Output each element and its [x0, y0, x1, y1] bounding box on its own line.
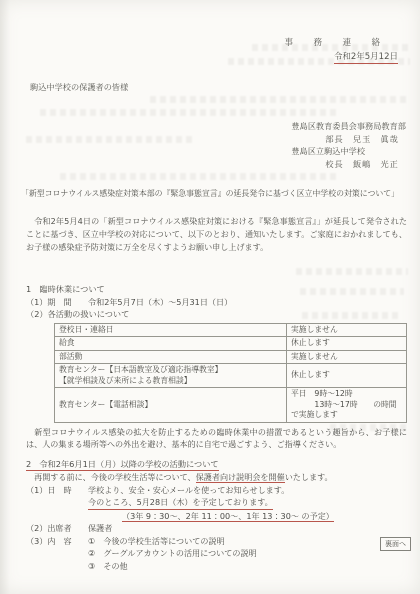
attendee-label: （2）出席者	[26, 522, 88, 535]
sender-school: 豊島区立駒込中学校	[291, 145, 406, 158]
datetime-line3: （3年 9：30～、2年 11：00～、1年 13：30～ の予定）	[122, 511, 334, 522]
meeting-intro-post: いたします。	[285, 472, 333, 482]
bleed-through-text	[40, 109, 340, 116]
section1-heading: 1 臨時休業について	[26, 283, 407, 296]
period-label: （1）期 間	[26, 296, 88, 309]
status-cell: 休止します	[287, 337, 407, 351]
datetime-row: （1）日 時 学校より、安全・安心メールを使ってお知らせします。 今のところ、5…	[26, 484, 407, 523]
table-row: 給食 休止します	[55, 337, 407, 351]
table-row: 登校日・連絡日 実施しません	[55, 323, 407, 337]
content-item: ② グーグルアカウントの活用についての説明	[88, 547, 407, 560]
table-row: 教育センター【電話相談】 平日 9時～12時 13時～17時 の時間で実施します	[55, 388, 407, 423]
content-item: ① 今後の学校生活等についての説明	[88, 535, 407, 548]
status-cell: 休止します	[287, 364, 407, 388]
sender-director: 部長 兒玉 眞哉	[291, 133, 406, 146]
datetime-label: （1）日 時	[26, 484, 88, 523]
period-row: （1）期 間 令和2年5月7日（木）～5月31日（日）	[26, 296, 407, 309]
scanned-notice-page: 事 務 連 絡 令和2年5月12日 駒込中学校の保護者の皆様 豊島区教育委員会事…	[0, 0, 420, 594]
closure-note: 新型コロナウイルス感染の拡大を防止するための臨時休業中の措置であるという趣旨から…	[26, 426, 407, 451]
table-row: 教育センター【日本語教室及び適応指導教室】 【就学相談及び来所による教育相談】 …	[55, 364, 407, 388]
sender-block: 豊島区教育委員会事務局教育部 部長 兒玉 眞哉 豊島区立駒込中学校 校長 飯嶋 …	[291, 120, 406, 170]
doc-title: 「新型コロナウイルス感染症対策本部の『緊急事態宣言』の延長発令に基づく区立中学校…	[0, 188, 420, 199]
item-cell: 部活動	[55, 350, 287, 364]
meeting-intro-underlined: 保護者向け説明会を開催	[196, 472, 285, 483]
datetime-line3-wrap: （3年 9：30～、2年 11：00～、1年 13：30～ の予定）	[88, 510, 407, 523]
bleed-through-text	[296, 268, 408, 275]
document-body: 1 臨時休業について （1）期 間 令和2年5月7日（木）～5月31日（日） （…	[26, 283, 407, 572]
content-label: （3）内 容	[26, 535, 88, 573]
sender-principal: 校長 飯嶋 光正	[291, 158, 406, 171]
attendee-row: （2）出席者 保護者	[26, 522, 407, 535]
bleed-through-text	[150, 96, 408, 103]
status-cell: 実施しません	[287, 350, 407, 364]
meeting-intro-pre: 再開する前に、今後の学校生活等について、	[26, 472, 196, 482]
intro-paragraph: 令和2年5月4日の「新型コロナウイルス感染症対策における『緊急事態宣言』」が延長…	[26, 215, 407, 254]
bleed-through-text	[60, 173, 340, 180]
activities-label: （2）各活動の扱いについて	[26, 308, 407, 321]
bleed-through-text	[26, 136, 194, 143]
item-cell: 給食	[55, 337, 287, 351]
section2-heading: 2 令和2年6月1日（月）以降の学校の活動について	[26, 458, 219, 472]
activities-table: 登校日・連絡日 実施しません 給食 休止します 部活動 実施しません 教育センタ…	[54, 323, 407, 423]
item-cell: 教育センター【日本語教室及び適応指導教室】 【就学相談及び来所による教育相談】	[55, 364, 287, 388]
content-list: ① 今後の学校生活等についての説明 ② グーグルアカウントの活用についての説明 …	[88, 535, 407, 573]
datetime-line1: 学校より、安全・安心メールを使ってお知らせします。	[88, 484, 407, 497]
content-item: ③ その他	[88, 560, 407, 573]
back-page-tag: 裏面へ	[380, 537, 411, 551]
period-value: 令和2年5月7日（木）～5月31日（日）	[88, 296, 407, 309]
attendee-value: 保護者	[88, 522, 407, 535]
table-row: 部活動 実施しません	[55, 350, 407, 364]
datetime-line2: 今のところ、5月28日（木）を予定しております。	[88, 496, 273, 510]
doc-type-label: 事 務 連 絡	[284, 36, 386, 48]
datetime-value: 学校より、安全・安心メールを使ってお知らせします。 今のところ、5月28日（木）…	[88, 484, 407, 523]
item-cell: 登校日・連絡日	[55, 323, 287, 337]
recipient-line: 駒込中学校の保護者の皆様	[30, 82, 128, 93]
content-row: （3）内 容 ① 今後の学校生活等についての説明 ② グーグルアカウントの活用に…	[26, 535, 407, 573]
item-cell: 教育センター【電話相談】	[55, 388, 287, 423]
status-cell: 平日 9時～12時 13時～17時 の時間で実施します	[287, 388, 407, 423]
meeting-intro: 再開する前に、今後の学校生活等について、保護者向け説明会を開催いたします。	[26, 471, 407, 484]
doc-date: 令和2年5月12日	[334, 50, 398, 64]
sender-org: 豊島区教育委員会事務局教育部	[291, 120, 406, 133]
status-cell: 実施しません	[287, 323, 407, 337]
